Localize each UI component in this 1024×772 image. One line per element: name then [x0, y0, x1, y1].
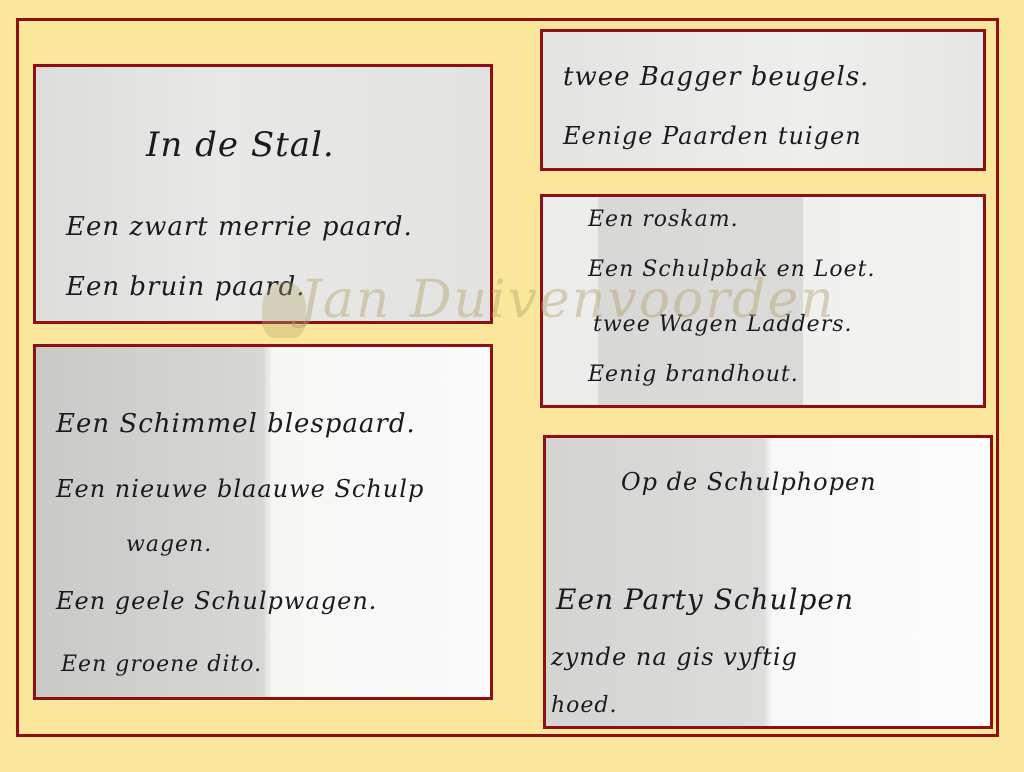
handwritten-heading: Op de Schulphopen [621, 468, 877, 496]
handwritten-line: Een zwart merrie paard. [66, 212, 413, 242]
watermark-logo-icon [262, 282, 306, 338]
handwritten-line: hoed. [551, 693, 618, 718]
handwritten-line: zynde na gis vyftig [551, 643, 798, 671]
document-panel-tools: Een roskam. Een Schulpbak en Loet. twee … [540, 194, 986, 408]
handwritten-line: twee Bagger beugels. [563, 62, 869, 92]
handwritten-line: Een Party Schulpen [556, 583, 854, 616]
document-panel-dredging: twee Bagger beugels. Eenige Paarden tuig… [540, 29, 986, 171]
handwritten-line: Een groene dito. [61, 652, 262, 677]
handwritten-heading: In de Stal. [146, 125, 335, 165]
document-panel-shell-heaps: Op de Schulphopen Een Party Schulpen zyn… [543, 435, 993, 729]
handwritten-line: Een nieuwe blaauwe Schulp [56, 475, 424, 503]
handwritten-line: Eenige Paarden tuigen [563, 122, 862, 150]
handwritten-line: wagen. [126, 532, 212, 557]
handwritten-line: Een Schimmel blespaard. [56, 409, 416, 439]
handwritten-line: Een roskam. [588, 207, 739, 232]
handwritten-line: Een geele Schulpwagen. [56, 587, 377, 615]
handwritten-line: Eenig brandhout. [588, 362, 799, 387]
handwritten-line: Een Schulpbak en Loet. [588, 257, 876, 282]
document-panel-stable: In de Stal. Een zwart merrie paard. Een … [33, 64, 493, 324]
handwritten-line: twee Wagen Ladders. [593, 312, 853, 337]
document-panel-horses-wagons: Een Schimmel blespaard. Een nieuwe blaau… [33, 344, 493, 700]
